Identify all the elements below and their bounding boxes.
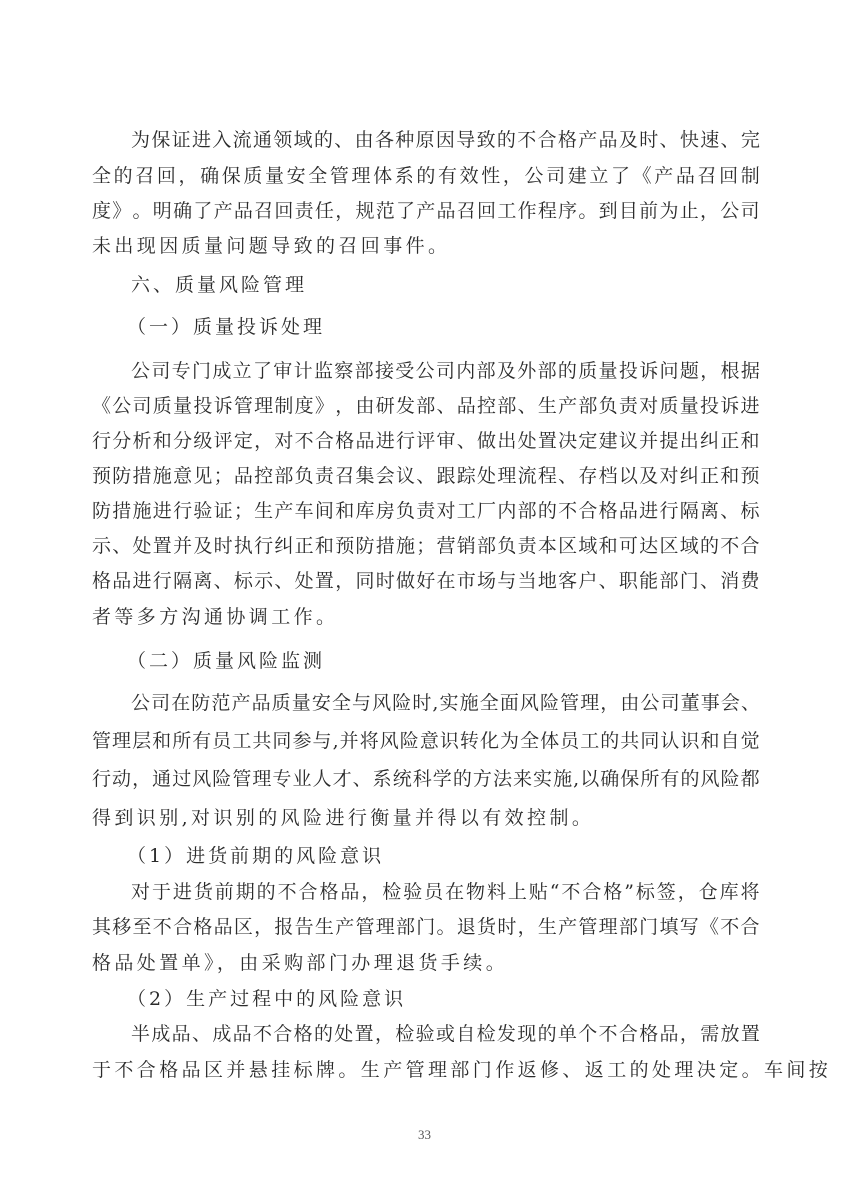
paragraph-line: 示、处置并及时执行纠正和预防措施；营销部负责本区域和可达区域的不合 <box>92 533 760 559</box>
paragraph-line: 防措施进行验证；生产车间和库房负责对工厂内部的不合格品进行隔离、标 <box>92 498 760 524</box>
subheading-complaint-handling: （一）质量投诉处理 <box>127 314 795 340</box>
subheading-risk-monitoring: （二）质量风险监测 <box>127 648 795 674</box>
paragraph-line: 未出现因质量问题导致的召回事件。 <box>92 233 760 259</box>
subheading-production-risk: （2）生产过程中的风险意识 <box>127 986 795 1012</box>
paragraph-line: 行分析和分级评定，对不合格品进行评审、做出处置决定建议并提出纠正和 <box>92 428 760 454</box>
paragraph-line: 其移至不合格品区，报告生产管理部门。退货时，生产管理部门填写《不合 <box>92 914 760 940</box>
paragraph-line: 度》。明确了产品召回责任，规范了产品召回工作程序。到目前为止，公司 <box>92 198 760 224</box>
subheading-pre-purchase-risk: （1）进货前期的风险意识 <box>127 843 795 869</box>
paragraph-line: 格品处置单》，由采购部门办理退货手续。 <box>92 950 760 976</box>
paragraph-line: 全的召回，确保质量安全管理体系的有效性，公司建立了《产品召回制 <box>92 163 760 189</box>
paragraph-line: 格品进行隔离、标示、处置，同时做好在市场与当地客户、职能部门、消费 <box>92 568 760 594</box>
paragraph-line: 预防措施意见；品控部负责召集会议、跟踪处理流程、存档以及对纠正和预 <box>92 463 760 489</box>
paragraph-line: 半成品、成品不合格的处置，检验或自检发现的单个不合格品，需放置 <box>131 1021 760 1047</box>
paragraph-line: 对于进货前期的不合格品，检验员在物料上贴“不合格”标签，仓库将 <box>131 879 760 905</box>
paragraph-line: 《公司质量投诉管理制度》，由研发部、品控部、生产部负责对质量投诉进 <box>92 393 760 419</box>
paragraph-line: 者等多方沟通协调工作。 <box>92 604 760 630</box>
paragraph-line: 公司在防范产品质量安全与风险时,实施全面风险管理，由公司董事会、 <box>131 690 760 716</box>
paragraph-line: 于不合格品区并悬挂标牌。生产管理部门作返修、返工的处理决定。车间按 <box>92 1057 760 1083</box>
paragraph-line: 管理层和所有员工共同参与,并将风险意识转化为全体员工的共同认识和自觉 <box>92 728 760 754</box>
paragraph-line: 公司专门成立了审计监察部接受公司内部及外部的质量投诉问题，根据 <box>131 358 760 384</box>
paragraph-line: 行动，通过风险管理专业人才、系统科学的方法来实施,以确保所有的风险都 <box>92 766 760 792</box>
page-number: 33 <box>0 1127 849 1143</box>
paragraph-line: 为保证进入流通领域的、由各种原因导致的不合格产品及时、快速、完 <box>131 127 760 153</box>
document-page: 为保证进入流通领域的、由各种原因导致的不合格产品及时、快速、完全的召回，确保质量… <box>0 0 849 1200</box>
paragraph-line: 得到识别,对识别的风险进行衡量并得以有效控制。 <box>92 805 760 831</box>
section-heading-quality-risk-management: 六、质量风险管理 <box>131 272 760 298</box>
